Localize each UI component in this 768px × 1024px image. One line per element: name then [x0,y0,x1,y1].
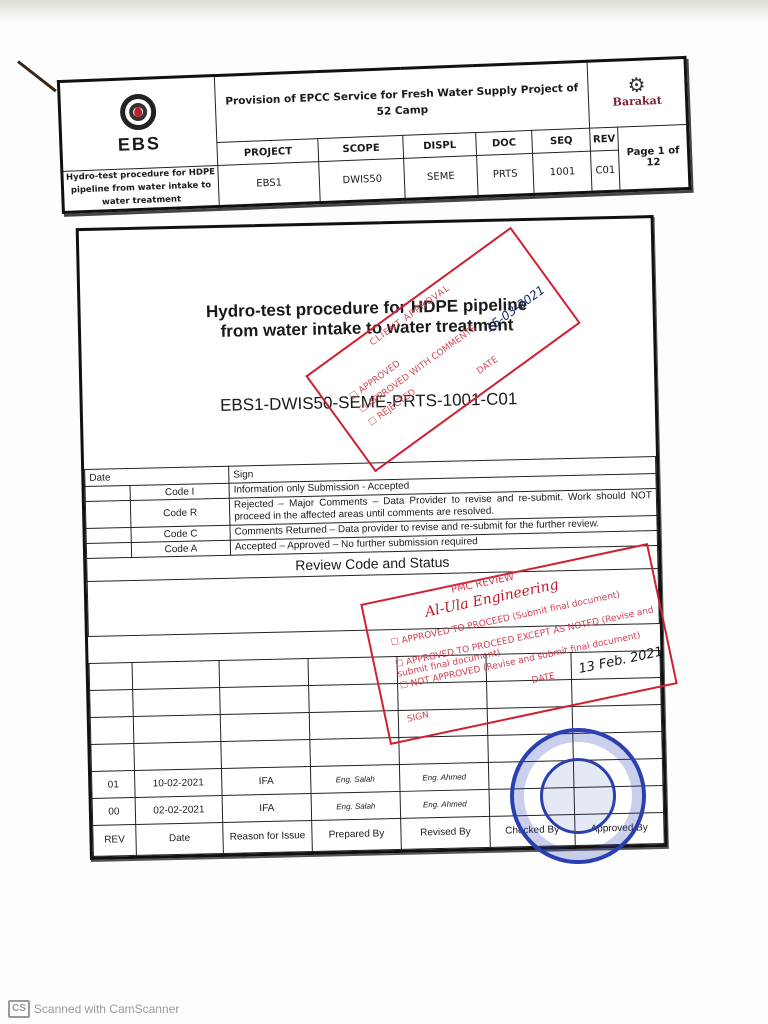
rev-date: 02-02-2021 [135,795,223,824]
rev-revised: Eng. Ahmed [399,762,489,791]
col-doc: DOC [475,130,532,155]
pmc-sign-label: SIGN [406,710,430,724]
col-displ: DISPL [403,133,476,159]
val-scope: DWIS50 [319,158,405,202]
signature-prepared: Eng. Salah [336,801,375,811]
client-date-label: DATE [475,355,500,377]
pen-mark [17,60,57,92]
val-doc: PRTS [476,153,534,196]
val-rev: C01 [591,150,620,192]
doc-short-title: Hydro-test procedure for HDPE pipeline f… [62,165,219,212]
rev-reason: IFA [222,793,312,822]
scan-edge-shadow [0,0,768,22]
col-scope: SCOPE [318,135,404,161]
camscanner-text: Scanned with CamScanner [34,1002,179,1016]
page-indicator: Page 1 of 12 [618,124,690,191]
hdr-reason: Reason for Issue [223,820,313,853]
hdr-revised: Revised By [401,816,491,849]
company-seal-icon [510,728,646,864]
camscanner-watermark: CS Scanned with CamScanner [8,1000,179,1018]
col-rev: REV [590,127,619,151]
col-seq: SEQ [532,128,591,153]
pmc-date-label: DATE [531,671,556,686]
signature-revised: Eng. Ahmed [423,799,467,809]
rev-number: 01 [91,770,135,798]
rev-reason: IFA [221,766,311,795]
client-approval-date: 15-03-2021 [483,283,548,335]
rev-revised: Eng. Ahmed [400,789,490,818]
contractor-logo-cell: ⚙ Barakat · · · · · · · · · · · · · · [587,57,687,128]
rev-prepared: Eng. Salah [310,764,400,793]
signature-prepared: Eng. Salah [336,774,375,784]
hdr-date: Date [136,822,224,855]
camscanner-logo-icon: CS [8,1000,30,1018]
hdr-prepared: Prepared By [312,818,402,851]
title-block: EBS Provision of EPCC Service for Fresh … [57,56,692,214]
ebs-logo-icon [119,93,156,130]
signature-revised: Eng. Ahmed [422,772,466,782]
val-seq: 1001 [533,151,593,194]
code-label: Code R [130,498,230,527]
hdr-rev: REV [93,824,137,856]
rev-date: 10-02-2021 [134,768,222,797]
val-project: EBS1 [218,162,321,207]
company-logo-cell: EBS [58,76,217,172]
company-name: EBS [64,131,215,158]
val-displ: SEME [404,156,478,200]
rev-prepared: Eng. Salah [311,791,401,820]
rev-number: 00 [92,797,136,825]
